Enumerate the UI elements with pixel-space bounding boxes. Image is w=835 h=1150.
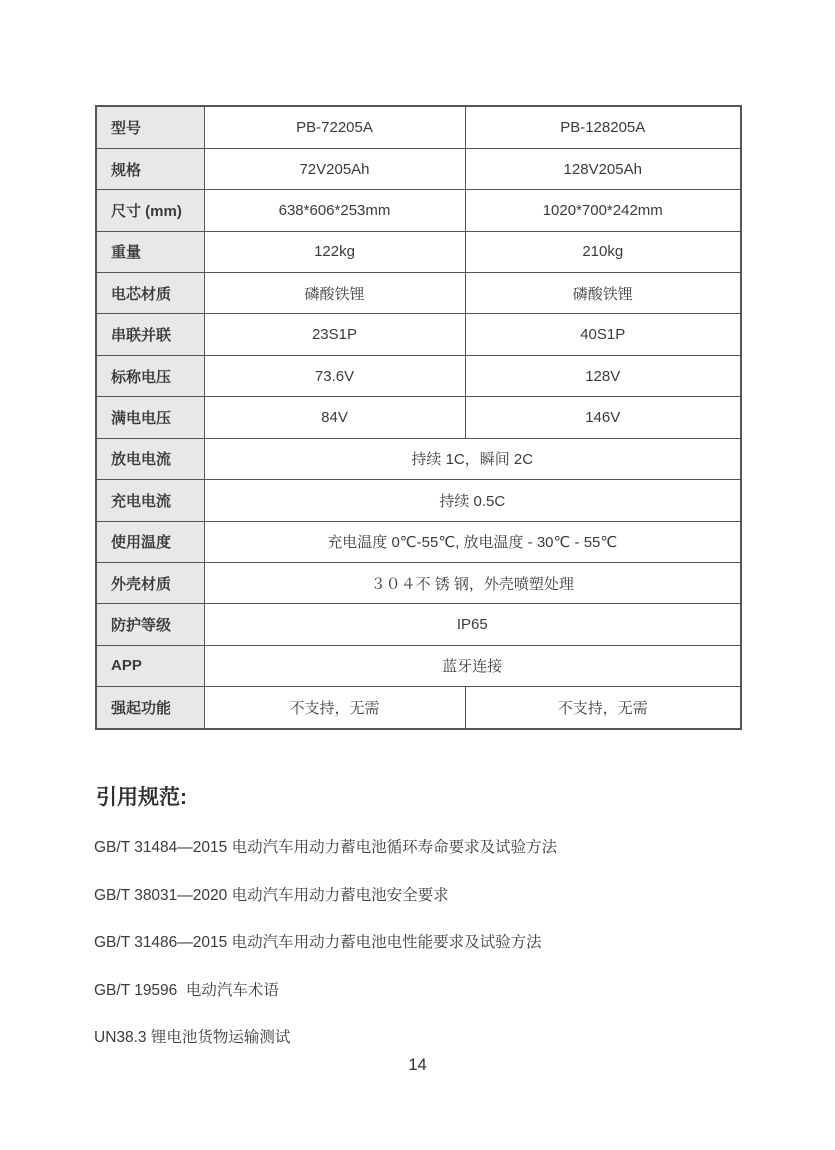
spec-label-case-material: 外壳材质 <box>96 562 204 603</box>
spec-value-spec-1: 72V205Ah <box>204 148 465 189</box>
table-row: 满电电压 84V 146V <box>96 397 741 438</box>
table-row: 标称电压 73.6V 128V <box>96 355 741 396</box>
table-row: 规格 72V205Ah 128V205Ah <box>96 148 741 189</box>
spec-label-app: APP <box>96 645 204 686</box>
table-row: 使用温度 充电温度 0℃-55℃, 放电温度 - 30℃ - 55℃ <box>96 521 741 562</box>
spec-label-jumpstart-function: 强起功能 <box>96 687 204 729</box>
table-row: APP 蓝牙连接 <box>96 645 741 686</box>
table-row: 串联并联 23S1P 40S1P <box>96 314 741 355</box>
spec-value-case-material: ３０４不 锈 钢，外壳喷塑处理 <box>204 562 741 603</box>
spec-label-dimensions: 尺寸 (mm) <box>96 190 204 231</box>
spec-value-weight-1: 122kg <box>204 231 465 272</box>
spec-value-full-voltage-2: 146V <box>465 397 741 438</box>
table-row: 放电电流 持续 1C，瞬间 2C <box>96 438 741 479</box>
spec-label-discharge-current: 放电电流 <box>96 438 204 479</box>
spec-label-operating-temperature: 使用温度 <box>96 521 204 562</box>
product-spec-table: 型号 PB-72205A PB-128205A 规格 72V205Ah 128V… <box>95 105 742 730</box>
table-row: 外壳材质 ３０４不 锈 钢，外壳喷塑处理 <box>96 562 741 603</box>
references-list: GB/T 31484—2015 电动汽车用动力蓄电池循环寿命要求及试验方法 GB… <box>94 824 744 1062</box>
spec-value-charge-current: 持续 0.5C <box>204 480 741 521</box>
reference-item: GB/T 38031—2020 电动汽车用动力蓄电池安全要求 <box>94 872 744 920</box>
spec-label-spec: 规格 <box>96 148 204 189</box>
spec-value-jumpstart-function-2: 不支持，无需 <box>465 687 741 729</box>
spec-value-weight-2: 210kg <box>465 231 741 272</box>
spec-value-dimensions-2: 1020*700*242mm <box>465 190 741 231</box>
table-row: 重量 122kg 210kg <box>96 231 741 272</box>
reference-item: UN38.3 锂电池货物运输测试 <box>94 1014 744 1062</box>
spec-value-cell-material-2: 磷酸铁锂 <box>465 273 741 314</box>
spec-label-weight: 重量 <box>96 231 204 272</box>
spec-value-jumpstart-function-1: 不支持，无需 <box>204 687 465 729</box>
spec-value-app: 蓝牙连接 <box>204 645 741 686</box>
spec-value-series-parallel-2: 40S1P <box>465 314 741 355</box>
spec-value-discharge-current: 持续 1C，瞬间 2C <box>204 438 741 479</box>
reference-item: GB/T 31484—2015 电动汽车用动力蓄电池循环寿命要求及试验方法 <box>94 824 744 872</box>
reference-item: GB/T 19596 电动汽车术语 <box>94 967 744 1015</box>
spec-label-nominal-voltage: 标称电压 <box>96 355 204 396</box>
spec-label-cell-material: 电芯材质 <box>96 273 204 314</box>
spec-value-nominal-voltage-2: 128V <box>465 355 741 396</box>
document-page: 型号 PB-72205A PB-128205A 规格 72V205Ah 128V… <box>0 0 835 1150</box>
table-row: 电芯材质 磷酸铁锂 磷酸铁锂 <box>96 273 741 314</box>
spec-value-full-voltage-1: 84V <box>204 397 465 438</box>
table-row: 充电电流 持续 0.5C <box>96 480 741 521</box>
spec-value-series-parallel-1: 23S1P <box>204 314 465 355</box>
spec-value-model-1: PB-72205A <box>204 106 465 148</box>
references-heading: 引用规范: <box>96 781 187 811</box>
spec-value-cell-material-1: 磷酸铁锂 <box>204 273 465 314</box>
spec-value-dimensions-1: 638*606*253mm <box>204 190 465 231</box>
spec-value-spec-2: 128V205Ah <box>465 148 741 189</box>
table-row: 型号 PB-72205A PB-128205A <box>96 106 741 148</box>
table-row: 防护等级 IP65 <box>96 604 741 645</box>
spec-value-operating-temperature: 充电温度 0℃-55℃, 放电温度 - 30℃ - 55℃ <box>204 521 741 562</box>
spec-label-series-parallel: 串联并联 <box>96 314 204 355</box>
page-number: 14 <box>0 1056 835 1075</box>
spec-value-model-2: PB-128205A <box>465 106 741 148</box>
table-row: 强起功能 不支持，无需 不支持，无需 <box>96 687 741 729</box>
reference-item: GB/T 31486—2015 电动汽车用动力蓄电池电性能要求及试验方法 <box>94 919 744 967</box>
spec-label-full-voltage: 满电电压 <box>96 397 204 438</box>
spec-label-protection-rating: 防护等级 <box>96 604 204 645</box>
spec-label-charge-current: 充电电流 <box>96 480 204 521</box>
spec-value-nominal-voltage-1: 73.6V <box>204 355 465 396</box>
table-row: 尺寸 (mm) 638*606*253mm 1020*700*242mm <box>96 190 741 231</box>
spec-label-model: 型号 <box>96 106 204 148</box>
spec-value-protection-rating: IP65 <box>204 604 741 645</box>
